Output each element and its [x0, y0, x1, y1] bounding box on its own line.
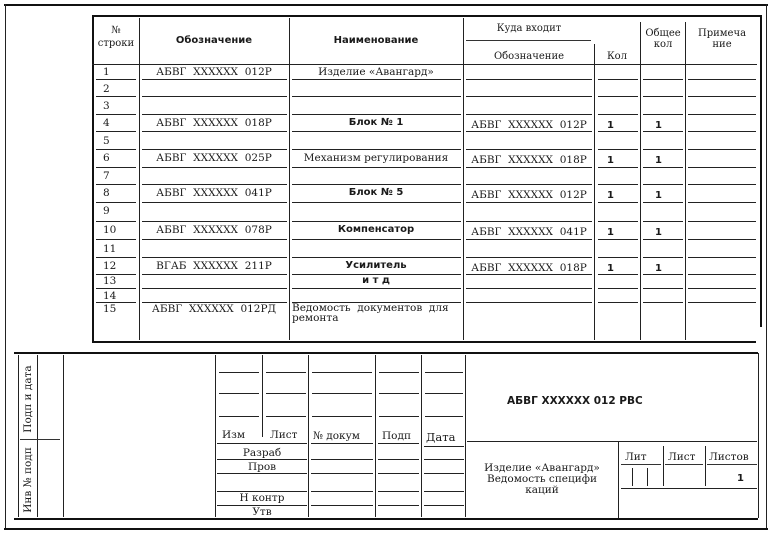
stamp-row-line [219, 372, 259, 373]
role-approved: Утв [216, 507, 308, 518]
stamp-lower-line [217, 473, 307, 474]
row-number: 15 [103, 304, 116, 315]
designation-row-line [142, 202, 287, 203]
name-row-line [292, 149, 461, 150]
stamp-row-line [219, 393, 259, 394]
header-total-qty-line1: Общее [641, 28, 685, 39]
note-row-line [688, 184, 756, 185]
row-name: Блок № 1 [290, 118, 462, 128]
row-designation: АБВГ XXXXXX 018Р [140, 118, 288, 129]
table-top-border [92, 15, 762, 17]
list-underline [665, 464, 703, 465]
note-row-line [688, 274, 756, 275]
stamp-lower-line [311, 473, 373, 474]
row-name: Изделие «Авангард» [290, 67, 462, 78]
total-qty-row-line [643, 274, 683, 275]
note-row-line [688, 114, 756, 115]
total-qty-row-line [643, 149, 683, 150]
lit-underline [621, 464, 661, 465]
row-where-qty: 1 [607, 264, 614, 274]
name-row-line [292, 221, 461, 222]
frame-left-border [5, 4, 6, 528]
where-designation-row-line [466, 167, 592, 168]
designation-row-line [142, 274, 287, 275]
role-norm-control: Н контр [216, 493, 308, 504]
stamp-doc-sign-sep [375, 355, 376, 517]
header-designation: Обозначение [140, 36, 288, 46]
row-name: Компенсатор [290, 225, 462, 235]
side-strip-right [63, 355, 64, 517]
stamp-lower-line [378, 491, 419, 492]
where-qty-row-line [598, 288, 638, 289]
row-designation: АБВГ XXXXXX 012РД [140, 304, 288, 315]
note-row-line [688, 239, 756, 240]
row-number: 10 [103, 225, 116, 236]
designation-row-line [142, 167, 287, 168]
row-line [96, 114, 136, 115]
where-qty-row-line [598, 274, 638, 275]
stamp-header-underline [311, 443, 373, 444]
note-row-line [688, 288, 756, 289]
lit-cell-1 [632, 468, 633, 486]
total-qty-row-line [643, 96, 683, 97]
note-row-line [688, 257, 756, 258]
frame-bottom-border [4, 528, 768, 530]
row-line [96, 302, 136, 303]
row-name: и т д [290, 276, 462, 286]
designation-row-line [142, 96, 287, 97]
header-where-used-designation: Обозначение [464, 52, 594, 62]
total-qty-row-line [643, 239, 683, 240]
header-total-qty-line2: кол [641, 39, 685, 50]
where-designation-row-line [466, 131, 592, 132]
doc-code-bottom-line [467, 441, 757, 442]
stamp-header-underline [424, 446, 464, 447]
header-row-no: № строки [94, 24, 138, 50]
row-total-qty: 1 [655, 228, 662, 238]
where-designation-row-line [466, 221, 592, 222]
header-name: Наименование [290, 36, 462, 46]
designation-row-line [142, 221, 287, 222]
row-line [96, 257, 136, 258]
where-qty-row-line [598, 184, 638, 185]
list-listov-sep [705, 446, 706, 486]
where-designation-row-line [466, 288, 592, 289]
document-title-line3: каций [467, 485, 617, 496]
row-designation: АБВГ XXXXXX 012Р [140, 67, 288, 78]
note-row-line [688, 96, 756, 97]
row-number: 13 [103, 276, 116, 287]
stamp-row-line [266, 393, 306, 394]
col-sep-5 [640, 22, 641, 340]
label-sign: Подп [382, 431, 411, 442]
stamp-lower-line [311, 505, 373, 506]
designation-row-line [142, 257, 287, 258]
total-qty-row-line [643, 257, 683, 258]
stamp-row-line [312, 416, 372, 417]
header-bottom-line [92, 64, 757, 65]
label-sheet: Лист [668, 452, 695, 463]
lit-cell-2 [647, 468, 648, 486]
listov-underline [707, 464, 757, 465]
note-row-line [688, 131, 756, 132]
row-number: 7 [103, 171, 110, 182]
note-row-line [688, 202, 756, 203]
row-name: Усилитель [290, 261, 462, 271]
row-line [96, 184, 136, 185]
total-qty-row-line [643, 288, 683, 289]
where-qty-row-line [598, 257, 638, 258]
row-line [96, 167, 136, 168]
name-row-line [292, 288, 461, 289]
title-block-right-border [758, 353, 759, 518]
row-where-designation: АБВГ XXXXXX 018Р [464, 155, 594, 166]
where-used-subheader-line [466, 40, 591, 41]
col-sep-4 [594, 44, 595, 340]
stamp-lower-line [378, 505, 419, 506]
designation-row-line [142, 184, 287, 185]
where-qty-row-line [598, 302, 638, 303]
header-note-line1: Примеча [686, 28, 758, 39]
row-where-qty: 1 [607, 228, 614, 238]
row-designation: АБВГ XXXXXX 025Р [140, 153, 288, 164]
name-row-line [292, 167, 461, 168]
frame-right-border [766, 4, 767, 528]
row-where-qty: 1 [607, 121, 614, 131]
name-row-line [292, 96, 461, 97]
stamp-row-line [312, 393, 372, 394]
table-bottom-border [92, 341, 756, 343]
stamp-row-line [266, 372, 306, 373]
side-label-inv-no: Инв № подп [22, 440, 34, 520]
stamp-row-line [379, 393, 419, 394]
stamp-header-underline [217, 443, 307, 444]
where-qty-row-line [598, 114, 638, 115]
sheets-value: 1 [737, 474, 744, 484]
stamp-list-doc-sep [308, 355, 309, 517]
header-where-used: Куда входит [464, 24, 594, 34]
row-number: 14 [103, 291, 116, 302]
row-where-designation: АБВГ XXXXXX 012Р [464, 190, 594, 201]
side-strip-left [18, 355, 19, 517]
lit-row-bottom [621, 488, 757, 489]
row-total-qty: 1 [655, 264, 662, 274]
row-where-qty: 1 [607, 191, 614, 201]
note-row-line [688, 221, 756, 222]
where-qty-row-line [598, 202, 638, 203]
row-name: Механизм регулирования [290, 153, 462, 164]
stamp-lower-line [424, 505, 464, 506]
total-qty-row-line [643, 114, 683, 115]
label-izm: Изм [222, 430, 245, 441]
row-number: 5 [103, 136, 110, 147]
label-date: Дата [426, 432, 455, 444]
where-qty-row-line [598, 96, 638, 97]
name-row-line [292, 202, 461, 203]
where-designation-row-line [466, 149, 592, 150]
header-row-no-line1: № [94, 24, 138, 37]
frame-top-border [4, 4, 768, 6]
name-row-line [292, 131, 461, 132]
header-total-qty: Общее кол [641, 28, 685, 50]
where-qty-row-line [598, 239, 638, 240]
role-developer: Разраб [216, 448, 308, 459]
role-checker: Пров [216, 462, 308, 473]
stamp-izm-list-sep [262, 355, 263, 437]
where-designation-row-line [466, 184, 592, 185]
stamp-lower-line [424, 491, 464, 492]
label-list: Лист [270, 430, 297, 441]
label-doc-no: № докум [313, 431, 360, 442]
stamp-lower-line [424, 473, 464, 474]
note-row-line [688, 79, 756, 80]
row-line [96, 221, 136, 222]
row-line [96, 202, 136, 203]
row-number: 1 [103, 67, 110, 78]
row-line [96, 131, 136, 132]
row-number: 11 [103, 244, 116, 255]
header-note-line2: ние [686, 39, 758, 50]
row-number: 6 [103, 153, 110, 164]
stamp-header-underline [378, 443, 419, 444]
col-sep-3 [463, 18, 464, 340]
name-row-line [292, 114, 461, 115]
stamp-sign-date-sep [421, 355, 422, 517]
stamp-lower-line [217, 459, 307, 460]
header-note: Примеча ние [686, 28, 758, 50]
row-designation: АБВГ XXXXXX 078Р [140, 225, 288, 236]
row-line [96, 149, 136, 150]
note-row-line [688, 302, 756, 303]
stamp-lower-line [378, 473, 419, 474]
stamp-row-line [219, 416, 259, 417]
where-designation-row-line [466, 114, 592, 115]
name-row-line [292, 184, 461, 185]
name-row-line [292, 257, 461, 258]
designation-row-line [142, 131, 287, 132]
total-qty-row-line [643, 221, 683, 222]
side-strip-label-sep [37, 355, 38, 517]
header-where-used-qty: Кол [595, 52, 639, 62]
designation-row-line [142, 288, 287, 289]
stamp-row-line [425, 416, 463, 417]
row-designation: ВГАБ XXXXXX 211Р [140, 261, 288, 272]
row-number: 4 [103, 118, 110, 129]
designation-row-line [142, 239, 287, 240]
stamp-row-line [312, 372, 372, 373]
row-line [96, 274, 136, 275]
stamp-row-line [379, 372, 419, 373]
where-designation-row-line [466, 96, 592, 97]
row-line [96, 239, 136, 240]
row-total-qty: 1 [655, 191, 662, 201]
row-number: 3 [103, 101, 110, 112]
lit-area-left [618, 442, 619, 518]
designation-row-line [142, 114, 287, 115]
row-where-designation: АБВГ XXXXXX 041Р [464, 227, 594, 238]
total-qty-row-line [643, 131, 683, 132]
where-designation-row-line [466, 274, 592, 275]
total-qty-row-line [643, 302, 683, 303]
stamp-row-line [379, 416, 419, 417]
where-qty-row-line [598, 221, 638, 222]
row-total-qty: 1 [655, 156, 662, 166]
stamp-row-line [425, 372, 463, 373]
row-where-qty: 1 [607, 156, 614, 166]
total-qty-row-line [643, 184, 683, 185]
row-number: 8 [103, 188, 110, 199]
name-row-line [292, 79, 461, 80]
stamp-lower-line [311, 459, 373, 460]
label-sheets: Листов [709, 452, 749, 463]
stamp-lower-line [424, 459, 464, 460]
designation-row-line [142, 79, 287, 80]
row-line [96, 79, 136, 80]
row-number: 9 [103, 206, 110, 217]
note-row-line [688, 167, 756, 168]
label-lit: Лит [625, 452, 647, 463]
stamp-lower-line [378, 459, 419, 460]
header-row-no-line2: строки [94, 37, 138, 50]
lit-list-sep [663, 446, 664, 486]
stamp-row-line [425, 393, 463, 394]
where-designation-row-line [466, 257, 592, 258]
document-code: АБВГ XXXXXX 012 РВС [507, 396, 643, 407]
where-designation-row-line [466, 302, 592, 303]
where-designation-row-line [466, 79, 592, 80]
where-qty-row-line [598, 131, 638, 132]
total-qty-row-line [643, 79, 683, 80]
row-total-qty: 1 [655, 121, 662, 131]
row-line [96, 96, 136, 97]
row-where-designation: АБВГ XXXXXX 012Р [464, 120, 594, 131]
table-right-border [760, 15, 762, 327]
row-line [96, 288, 136, 289]
row-number: 2 [103, 84, 110, 95]
row-name-line2: ремонта [292, 313, 339, 324]
row-name: Блок № 5 [290, 188, 462, 198]
designation-row-line [142, 149, 287, 150]
note-row-line [688, 149, 756, 150]
row-where-designation: АБВГ XXXXXX 018Р [464, 263, 594, 274]
stamp-date-right [465, 355, 466, 517]
total-qty-row-line [643, 202, 683, 203]
title-block-bottom-border [14, 518, 758, 520]
where-designation-row-line [466, 202, 592, 203]
row-number: 12 [103, 261, 116, 272]
title-block-top-border [14, 352, 758, 354]
name-row-line [292, 239, 461, 240]
where-qty-row-line [598, 149, 638, 150]
total-qty-row-line [643, 167, 683, 168]
side-label-sign-date: Подп и дата [22, 359, 34, 439]
stamp-lower-line [311, 491, 373, 492]
stamp-row-line [266, 416, 306, 417]
where-qty-row-line [598, 167, 638, 168]
where-designation-row-line [466, 239, 592, 240]
col-sep-6 [685, 22, 686, 340]
row-designation: АБВГ XXXXXX 041Р [140, 188, 288, 199]
where-qty-row-line [598, 79, 638, 80]
document-title: Изделие «Авангард» Ведомость специфи кац… [467, 463, 617, 496]
